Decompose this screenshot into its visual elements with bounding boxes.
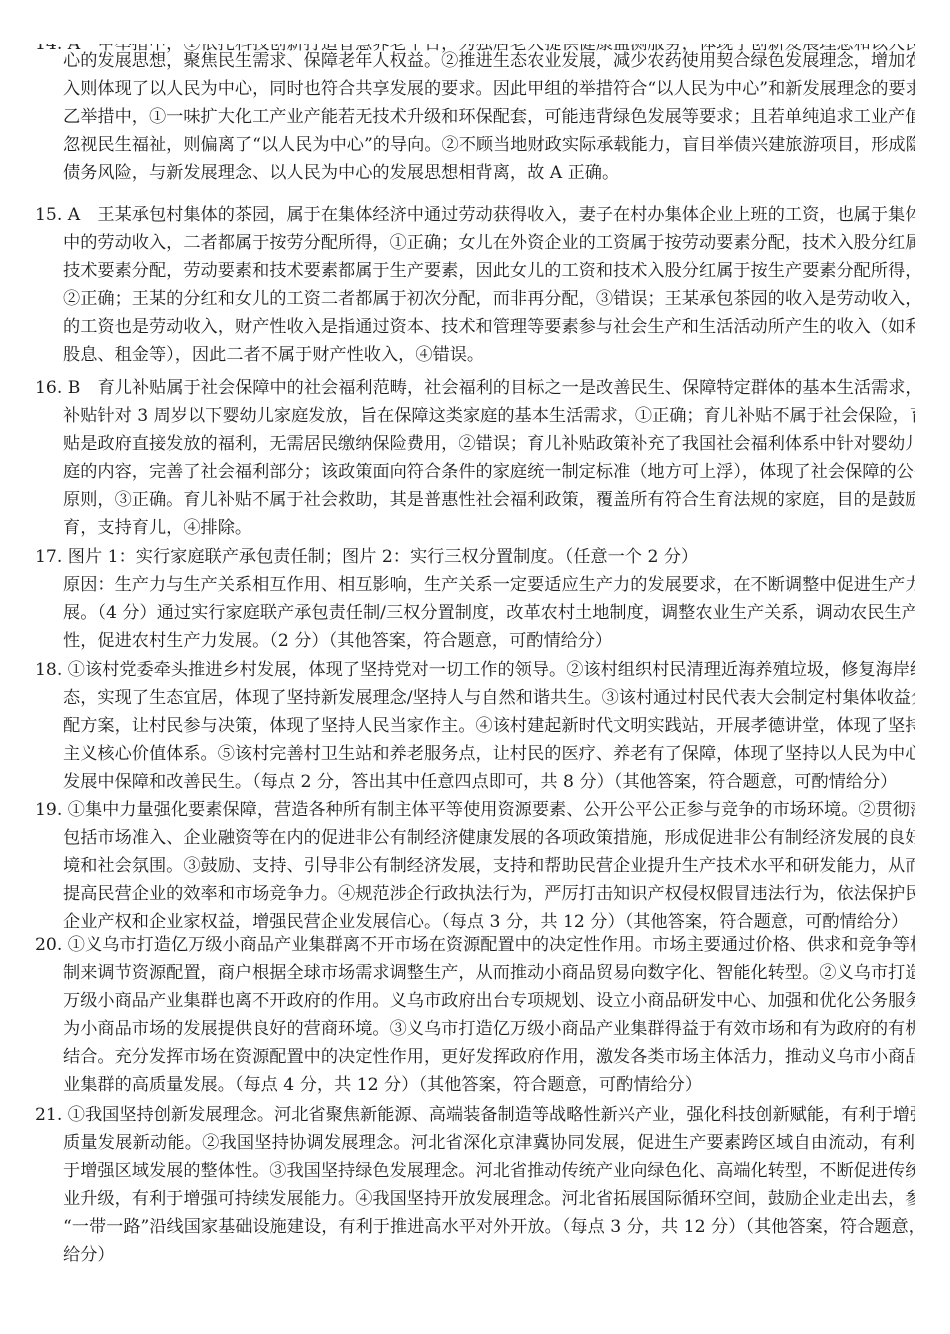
answer-line: 性，促进农村生产力发展。（2 分）（其他答案，符合题意，可酌情给分） [63, 627, 915, 655]
answer-line: 补贴针对 3 周岁以下婴幼儿家庭发放，旨在保障这类家庭的基本生活需求，①正确；育… [63, 402, 915, 430]
answer-line: 16. B 育儿补贴属于社会保障中的社会福利范畴，社会福利的目标之一是改善民生、… [35, 374, 915, 402]
answer-line: 结合。充分发挥市场在资源配置中的决定性作用，更好发挥政府作用，激发各类市场主体活… [63, 1043, 915, 1071]
answer-line: 包括市场准入、企业融资等在内的促进非公有制经济健康发展的各项政策措施，形成促进非… [63, 824, 915, 852]
answer-line: “一带一路”沿线国家基础设施建设，有利于推进高水平对外开放。（每点 3 分，共 … [63, 1213, 915, 1241]
answer-line: 展。（4 分）通过实行家庭联产承包责任制/三权分置制度，改革农村土地制度，调整农… [63, 599, 915, 627]
answer-line: 心的发展思想，聚焦民生需求、保障老年人权益。②推进生态农业发展，减少农药使用契合… [63, 47, 915, 75]
answer-line: 态，实现了生态宜居，体现了坚持新发展理念/坚持人与自然和谐共生。③该村通过村民代… [63, 684, 915, 712]
answer-line: 18. ①该村党委牵头推进乡村发展，体现了坚持党对一切工作的领导。②该村组织村民… [35, 656, 915, 684]
answer-line: 原则，③正确。育儿补贴不属于社会救助，其是普惠性社会福利政策，覆盖所有符合生育法… [63, 486, 915, 514]
answer-line: 制来调节资源配置，商户根据全球市场需求调整生产，从而推动小商品贸易向数字化、智能… [63, 959, 915, 987]
answer-line: 给分） [63, 1241, 915, 1269]
answer-line: 20. ①义乌市打造亿万级小商品产业集群离不开市场在资源配置中的决定性作用。市场… [35, 931, 915, 959]
answer-line: 业升级，有利于增强可持续发展能力。④我国坚持开放发展理念。河北省拓展国际循环空间… [63, 1185, 915, 1213]
answer-line: 股息、租金等），因此二者不属于财产性收入，④错误。 [63, 341, 915, 369]
answer-line: 质量发展新动能。②我国坚持协调发展理念。河北省深化京津冀协同发展，促进生产要素跨… [63, 1129, 915, 1157]
answer-line: 入则体现了以人民为中心，同时也符合共享发展的要求。因此甲组的举措符合“以人民为中… [63, 75, 915, 103]
answer-line: 贴是政府直接发放的福利，无需居民缴纳保险费用，②错误；育儿补贴政策补充了我国社会… [63, 430, 915, 458]
answer-line: 19. ①集中力量强化要素保障，营造各种所有制主体平等使用资源要素、公开公平公正… [35, 796, 915, 824]
answer-line: 忽视民生福祉，则偏离了“以人民为中心”的导向。②不顾当地财政实际承载能力，盲目举… [63, 131, 915, 159]
answer-line: 中的劳动收入，二者都属于按劳分配所得，①正确；女儿在外资企业的工资属于按劳动要素… [63, 229, 915, 257]
answer-line: 育，支持育儿，④排除。 [63, 514, 915, 542]
answer-line: 庭的内容，完善了社会福利部分；该政策面向符合条件的家庭统一制定标准（地方可上浮）… [63, 458, 915, 486]
answer-line: 配方案，让村民参与决策，体现了坚持人民当家作主。④该村建起新时代文明实践站，开展… [63, 712, 915, 740]
answer-line: 15. A 王某承包村集体的茶园，属于在集体经济中通过劳动获得收入，妻子在村办集… [35, 201, 915, 229]
answer-key-page: 14. A 甲举措中，①依托科技创新打造智慧养老平台，为独居老人提供健康监测服务… [0, 0, 950, 1334]
answer-line: 为小商品市场的发展提供良好的营商环境。③义乌市打造亿万级小商品产业集群得益于有效… [63, 1015, 915, 1043]
answer-line: 21. ①我国坚持创新发展理念。河北省聚焦新能源、高端装备制造等战略性新兴产业，… [35, 1101, 915, 1129]
answer-line: 发展中保障和改善民生。（每点 2 分，答出其中任意四点即可，共 8 分）（其他答… [63, 768, 915, 796]
answer-line: 技术要素分配，劳动要素和技术要素都属于生产要素，因此女儿的工资和技术入股分红属于… [63, 257, 915, 285]
answer-line: 的工资也是劳动收入，财产性收入是指通过资本、技术和管理等要素参与社会生产和生活活… [63, 313, 915, 341]
answer-line: 主义核心价值体系。⑤该村完善村卫生站和养老服务点，让村民的医疗、养老有了保障，体… [63, 740, 915, 768]
answer-line: 原因：生产力与生产关系相互作用、相互影响，生产关系一定要适应生产力的发展要求，在… [63, 571, 915, 599]
answer-line: 17. 图片 1：实行家庭联产承包责任制；图片 2：实行三权分置制度。（任意一个… [35, 543, 915, 571]
answer-line: 债务风险，与新发展理念、以人民为中心的发展思想相背离，故 A 正确。 [63, 159, 915, 187]
answer-line: ②正确；王某的分红和女儿的工资二者都属于初次分配，而非再分配，③错误；王某承包茶… [63, 285, 915, 313]
answer-line: 境和社会氛围。③鼓励、支持、引导非公有制经济发展，支持和帮助民营企业提升生产技术… [63, 852, 915, 880]
answer-line: 提高民营企业的效率和市场竞争力。④规范涉企行政执法行为，严厉打击知识产权侵权假冒… [63, 880, 915, 908]
answer-line: 业集群的高质量发展。（每点 4 分，共 12 分）（其他答案，符合题意，可酌情给… [63, 1071, 915, 1099]
answer-line: 于增强区域发展的整体性。③我国坚持绿色发展理念。河北省推动传统产业向绿色化、高端… [63, 1157, 915, 1185]
answer-line: 乙举措中，①一味扩大化工产业产能若无技术升级和环保配套，可能违背绿色发展等要求；… [63, 103, 915, 131]
answer-line: 万级小商品产业集群也离不开政府的作用。义乌市政府出台专项规划、设立小商品研发中心… [63, 987, 915, 1015]
